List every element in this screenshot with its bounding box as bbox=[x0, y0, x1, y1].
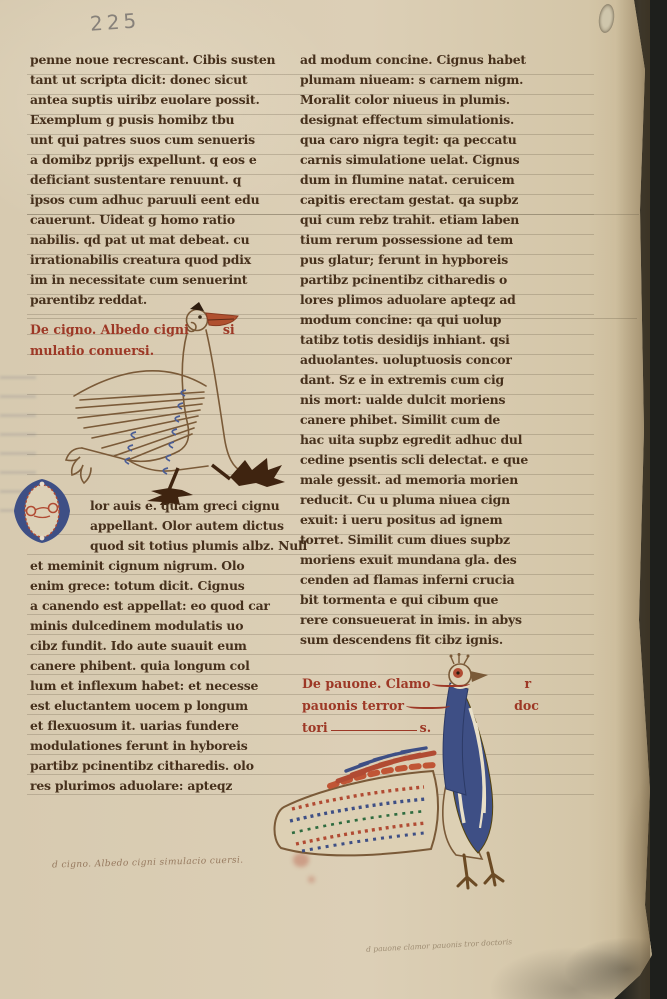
right-column: ad modum concine. Cignus habetplumam niu… bbox=[300, 50, 566, 650]
text-line: unt qui patres suos cum senueris bbox=[30, 130, 296, 150]
text-line: pus glatur; ferunt in hypboreis bbox=[300, 250, 566, 270]
text-line: cedine psentis scli delectat. e que bbox=[300, 450, 566, 470]
rubric-gap bbox=[452, 706, 514, 707]
text-line: tium rerum possessione ad tem bbox=[300, 230, 566, 250]
rubric-text: De pauone. Clamo bbox=[302, 674, 430, 694]
dropcap-space bbox=[30, 496, 90, 538]
rubric-text: doc bbox=[514, 696, 539, 716]
text-line: et flexuosum it. uarias fundere bbox=[30, 716, 296, 736]
text-line: lum et inflexum habet: et necesse bbox=[30, 676, 296, 696]
left-column-upper: penne noue recrescant. Cibis sustentant … bbox=[30, 50, 296, 310]
text-line: rere consueuerat in imis. in abys bbox=[300, 610, 566, 630]
text-line: et meminit cignum nigrum. Olo bbox=[30, 556, 296, 576]
peacock-rubric-line-1: De pauone. Clamo r bbox=[302, 674, 531, 694]
text-line: moriens exuit mundana gla. des bbox=[300, 550, 566, 570]
text-line: partibz pcinentibz citharedis. olo bbox=[30, 756, 296, 776]
text-line: lores plimos aduolare apteqz ad bbox=[300, 290, 566, 310]
swan-rubric-line-2: mulatio conuersi. bbox=[30, 341, 154, 361]
text-line: qua caro nigra tegit: qa peccatu bbox=[300, 130, 566, 150]
left-column-lower-lines: lor auis e. quam greci cignuappellant. O… bbox=[30, 496, 296, 796]
text-line: male gessit. ad memoria morien bbox=[300, 470, 566, 490]
text-line: Exemplum g pusis homibz tbu bbox=[30, 110, 296, 130]
text-line: dant. Sz e in extremis cum cig bbox=[300, 370, 566, 390]
peacock-rubric-line-3: tori s. bbox=[302, 718, 431, 738]
text-line: plumam niueam: s carnem nigm. bbox=[300, 70, 566, 90]
rubric-text: De cigno. Albedo cigni bbox=[30, 320, 189, 340]
rubric-gap bbox=[189, 330, 223, 331]
text-line: carnis simulatione uelat. Cignus bbox=[300, 150, 566, 170]
swan-rubric-line-1: De cigno. Albedo cigni si bbox=[30, 320, 292, 340]
text-line: antea suptis uiribz euolare possit. bbox=[30, 90, 296, 110]
rubric-text: pauonis terror bbox=[302, 696, 404, 716]
text-line: canere phibent. quia longum col bbox=[30, 656, 296, 676]
text-line: quod sit totius plumis albz. Null bbox=[30, 536, 296, 556]
text-line: deficiant sustentare renuunt. q bbox=[30, 170, 296, 190]
peacock-tail bbox=[275, 765, 439, 855]
text-line: dum in flumine natat. ceruicem bbox=[300, 170, 566, 190]
pencil-folio-number: 225 bbox=[89, 8, 141, 35]
text-line: torret. Similit cum diues supbz bbox=[300, 530, 566, 550]
text-line: qui cum rebz trahit. etiam laben bbox=[300, 210, 566, 230]
rubric-text: si bbox=[223, 320, 235, 340]
rubric-text: mulatio conuersi. bbox=[30, 341, 154, 361]
text-line: cibz fundit. Ido aute suauit eum bbox=[30, 636, 296, 656]
text-line: nabilis. qd pat ut mat debeat. cu bbox=[30, 230, 296, 250]
text-line: sum descendens fit cibz ignis. bbox=[300, 630, 566, 650]
rubric-text: tori bbox=[302, 718, 328, 738]
text-line: capitis erectam gestat. qa supbz bbox=[300, 190, 566, 210]
text-line: minis dulcedinem modulatis uo bbox=[30, 616, 296, 636]
peacock-rubric-line-2: pauonis terror doc bbox=[302, 696, 539, 716]
text-line: exuit: i ueru positus ad ignem bbox=[300, 510, 566, 530]
text-line: tatibz totis desidijs inhiant. qsi bbox=[300, 330, 566, 350]
text-line: Moralit color niueus in plumis. bbox=[300, 90, 566, 110]
text-line: bit tormenta e qui cibum que bbox=[300, 590, 566, 610]
rubric-filler-line bbox=[331, 722, 417, 731]
rubric-text: s. bbox=[420, 718, 431, 738]
text-line: irrationabilis creatura quod pdix bbox=[30, 250, 296, 270]
text-line: ipsos cum adhuc paruuli eent edu bbox=[30, 190, 296, 210]
rubric-text: r bbox=[524, 674, 531, 694]
text-line: canere phibet. Similit cum de bbox=[300, 410, 566, 430]
text-line: hac uita supbz egredit adhuc dul bbox=[300, 430, 566, 450]
text-line: nis mort: ualde dulcit moriens bbox=[300, 390, 566, 410]
text-line: penne noue recrescant. Cibis susten bbox=[30, 50, 296, 70]
text-line: a domibz pprijs expellunt. q eos e bbox=[30, 150, 296, 170]
text-line: res plurimos aduolare: apteqz bbox=[30, 776, 296, 796]
text-line: designat effectum simulationis. bbox=[300, 110, 566, 130]
text-line: modum concine: qa qui uolup bbox=[300, 310, 566, 330]
rubric-connector bbox=[432, 679, 470, 687]
text-line: aduolantes. uoluptuosis concor bbox=[300, 350, 566, 370]
swan-eye bbox=[198, 315, 202, 319]
text-line: cenden ad flamas inferni crucia bbox=[300, 570, 566, 590]
text-line: modulationes ferunt in hyboreis bbox=[30, 736, 296, 756]
text-line: im in necessitate cum senuerint bbox=[30, 270, 296, 290]
text-line: parentibz reddat. bbox=[30, 290, 296, 310]
rubric-gap bbox=[472, 684, 524, 685]
manuscript-photo: 225 bbox=[0, 0, 667, 999]
text-line: reducit. Cu u pluma niuea cign bbox=[300, 490, 566, 510]
text-line: cauerunt. Uideat g homo ratio bbox=[30, 210, 296, 230]
text-line: est eluctantem uocem p longum bbox=[30, 696, 296, 716]
left-column-lower: lor auis e. quam greci cignuappellant. O… bbox=[30, 496, 296, 796]
text-line: a canendo est appellat: eo quod car bbox=[30, 596, 296, 616]
text-line: tant ut scripta dicit: donec sicut bbox=[30, 70, 296, 90]
rubric-connector bbox=[406, 701, 450, 709]
text-line: enim grece: totum dicit. Cignus bbox=[30, 576, 296, 596]
text-line: ad modum concine. Cignus habet bbox=[300, 50, 566, 70]
text-line: partibz pcinentibz citharedis o bbox=[300, 270, 566, 290]
